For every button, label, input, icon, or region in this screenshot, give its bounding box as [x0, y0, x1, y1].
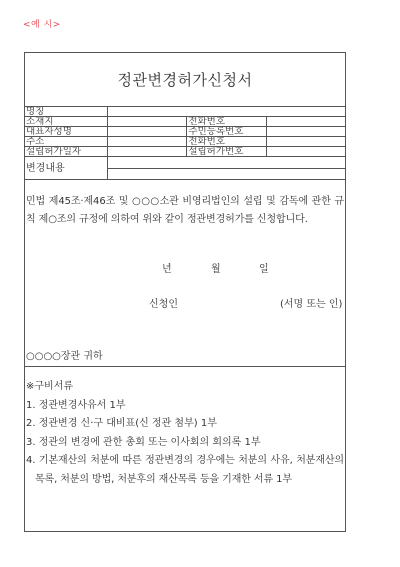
required-doc-item: 3. 정관의 변경에 관한 총회 또는 이사회의 회의록 1부 — [26, 434, 344, 453]
info-table: 명칭 소재지 전화번호 대표자성명 주민등록번호 주소 전화번호 설립허가일자 … — [24, 106, 346, 180]
signature-label: (서명 또는 인) — [280, 296, 342, 314]
change-content-field-1[interactable] — [108, 157, 346, 169]
row-establishment: 설립허가일자 설립허가번호 — [25, 147, 346, 157]
applicant-label: 신청인 — [149, 296, 178, 314]
resident-number-label: 주민등록번호 — [187, 127, 266, 137]
establishment-date-label: 설립허가일자 — [25, 147, 108, 157]
row-name: 명칭 — [25, 107, 346, 117]
date-day: 일 — [259, 261, 269, 279]
establishment-number-field[interactable] — [266, 147, 345, 157]
recipient: ○○○○장관 귀하 — [26, 348, 103, 366]
establishment-date-field[interactable] — [108, 147, 187, 157]
row-location: 소재지 전화번호 — [25, 117, 346, 127]
establishment-number-label: 설립허가번호 — [187, 147, 266, 157]
representative-field[interactable] — [108, 127, 187, 137]
address-phone-field[interactable] — [266, 137, 345, 147]
change-content-label: 변경내용 — [25, 157, 108, 180]
change-content-field-2[interactable] — [108, 168, 346, 180]
form-title: 정관변경허가신청서 — [25, 53, 345, 106]
location-phone-field[interactable] — [266, 117, 345, 127]
location-field[interactable] — [108, 117, 187, 127]
date-year: 년 — [162, 261, 172, 279]
location-label: 소재지 — [25, 117, 108, 127]
row-change-content-1: 변경내용 — [25, 157, 346, 169]
resident-number-field[interactable] — [266, 127, 345, 137]
application-statement: 민법 제45조·제46조 및 ○○○소관 비영리법인의 설립 및 감독에 관한 … — [26, 193, 344, 229]
section-divider — [25, 366, 345, 367]
address-field[interactable] — [108, 137, 187, 147]
required-doc-item: 1. 정관변경사유서 1부 — [26, 397, 344, 416]
required-doc-item: 2. 정관변경 신·구 대비표(신 정관 첨부) 1부 — [26, 415, 344, 434]
required-doc-item: 4. 기본재산의 처분에 따른 정관변경의 경우에는 처분의 사유, 처분재산의… — [26, 452, 344, 489]
date-month: 월 — [211, 261, 221, 279]
name-label: 명칭 — [25, 107, 108, 117]
row-representative: 대표자성명 주민등록번호 — [25, 127, 346, 137]
example-label: <예 시> — [23, 17, 61, 30]
application-form: 정관변경허가신청서 명칭 소재지 전화번호 대표자성명 주민등록번호 주소 전화… — [24, 52, 346, 532]
required-documents: ※구비서류 1. 정관변경사유서 1부 2. 정관변경 신·구 대비표(신 정관… — [26, 378, 344, 489]
row-address: 주소 전화번호 — [25, 137, 346, 147]
representative-label: 대표자성명 — [25, 127, 108, 137]
location-phone-label: 전화번호 — [187, 117, 266, 127]
name-field[interactable] — [108, 107, 346, 117]
form-body: 민법 제45조·제46조 및 ○○○소관 비영리법인의 설립 및 감독에 관한 … — [26, 193, 344, 229]
address-phone-label: 전화번호 — [187, 137, 266, 147]
address-label: 주소 — [25, 137, 108, 147]
required-docs-heading: ※구비서류 — [26, 378, 344, 397]
